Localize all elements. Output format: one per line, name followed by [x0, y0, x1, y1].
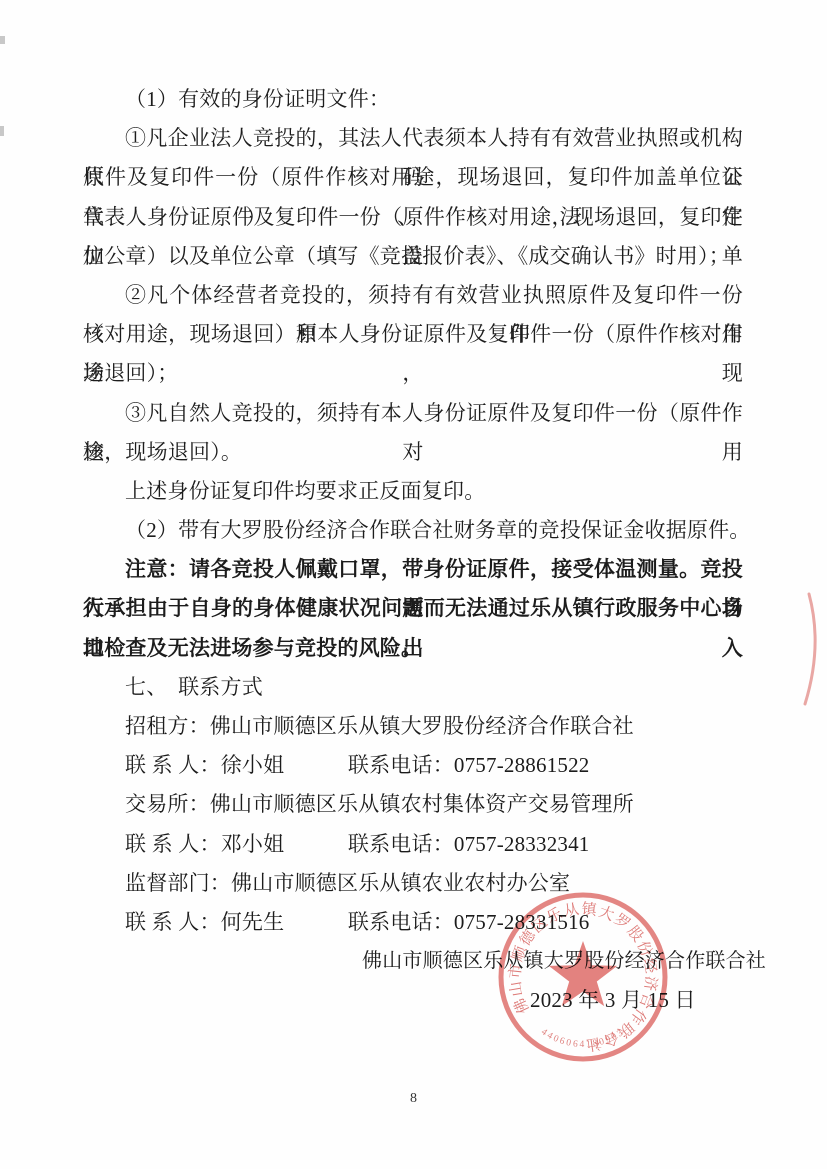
contact-line-lessor-person: 联 系 人：徐小姐 联系电话：0757-28861522 [83, 746, 743, 785]
text-line-item3: ③凡自然人竞投的，须持有本人身份证原件及复印件一份（原件作核对用 [83, 394, 743, 433]
text-line-item1-cont: 位公章）以及单位公章（填写《竞投报价表》、《成交确认书》时用）； [83, 237, 743, 276]
page-number: 8 [0, 1091, 827, 1107]
stray-seal-ink-arc [792, 588, 826, 710]
contact-line-exchange: 交易所：佛山市顺德区乐从镇农村集体资产交易管理所 [83, 785, 743, 824]
text-line-item1-cont: 代表人身份证原件及复印件一份（原件作核对用途，现场退回，复印件加盖单 [83, 198, 743, 237]
text-line-id-docs-heading: （1）有效的身份证明文件： [83, 80, 743, 119]
section-heading-contact: 七、 联系方式 [83, 668, 743, 707]
document-page: （1）有效的身份证明文件： ①凡企业法人竞投的，其法人代表须本人持有有效营业执照… [0, 0, 827, 1169]
text-line-item1-cont: 原件及复印件一份（原件作核对用途，现场退回，复印件加盖单位公章）、法定 [83, 158, 743, 197]
scan-artifact [0, 36, 5, 44]
contact-line-exchange-person: 联 系 人：邓小姐 联系电话：0757-28332341 [83, 825, 743, 864]
text-line-item2: ②凡个体经营者竞投的，须持有有效营业执照原件及复印件一份（原件作 [83, 276, 743, 315]
text-line-notice: 注意：请各竞投人佩戴口罩，带身份证原件，接受体温测量。竞投人需自 [83, 550, 743, 589]
text-line-item1: ①凡企业法人竞投的，其法人代表须本人持有有效营业执照或机构代码证 [83, 119, 743, 158]
scan-artifact [0, 126, 4, 136]
text-line-copy-note: 上述身份证复印件均要求正反面复印。 [83, 472, 743, 511]
text-line-receipt-note: （2）带有大罗股份经济合作联合社财务章的竞投保证金收据原件。 [83, 511, 743, 550]
official-seal-stamp: 佛山市顺德区乐从镇大罗股份经济合作联合社 4406064180903 [481, 875, 685, 1079]
text-line-item2-cont: 核对用途，现场退回）和本人身份证原件及复印件一份（原件作核对用途，现 [83, 315, 743, 354]
text-line-notice-cont: 行承担由于自身的身体健康状况问题而无法通过乐从镇行政服务中心场地出入 [83, 589, 743, 628]
seal-star-icon [549, 941, 617, 1006]
contact-line-lessor: 招租方：佛山市顺德区乐从镇大罗股份经济合作联合社 [83, 707, 743, 746]
